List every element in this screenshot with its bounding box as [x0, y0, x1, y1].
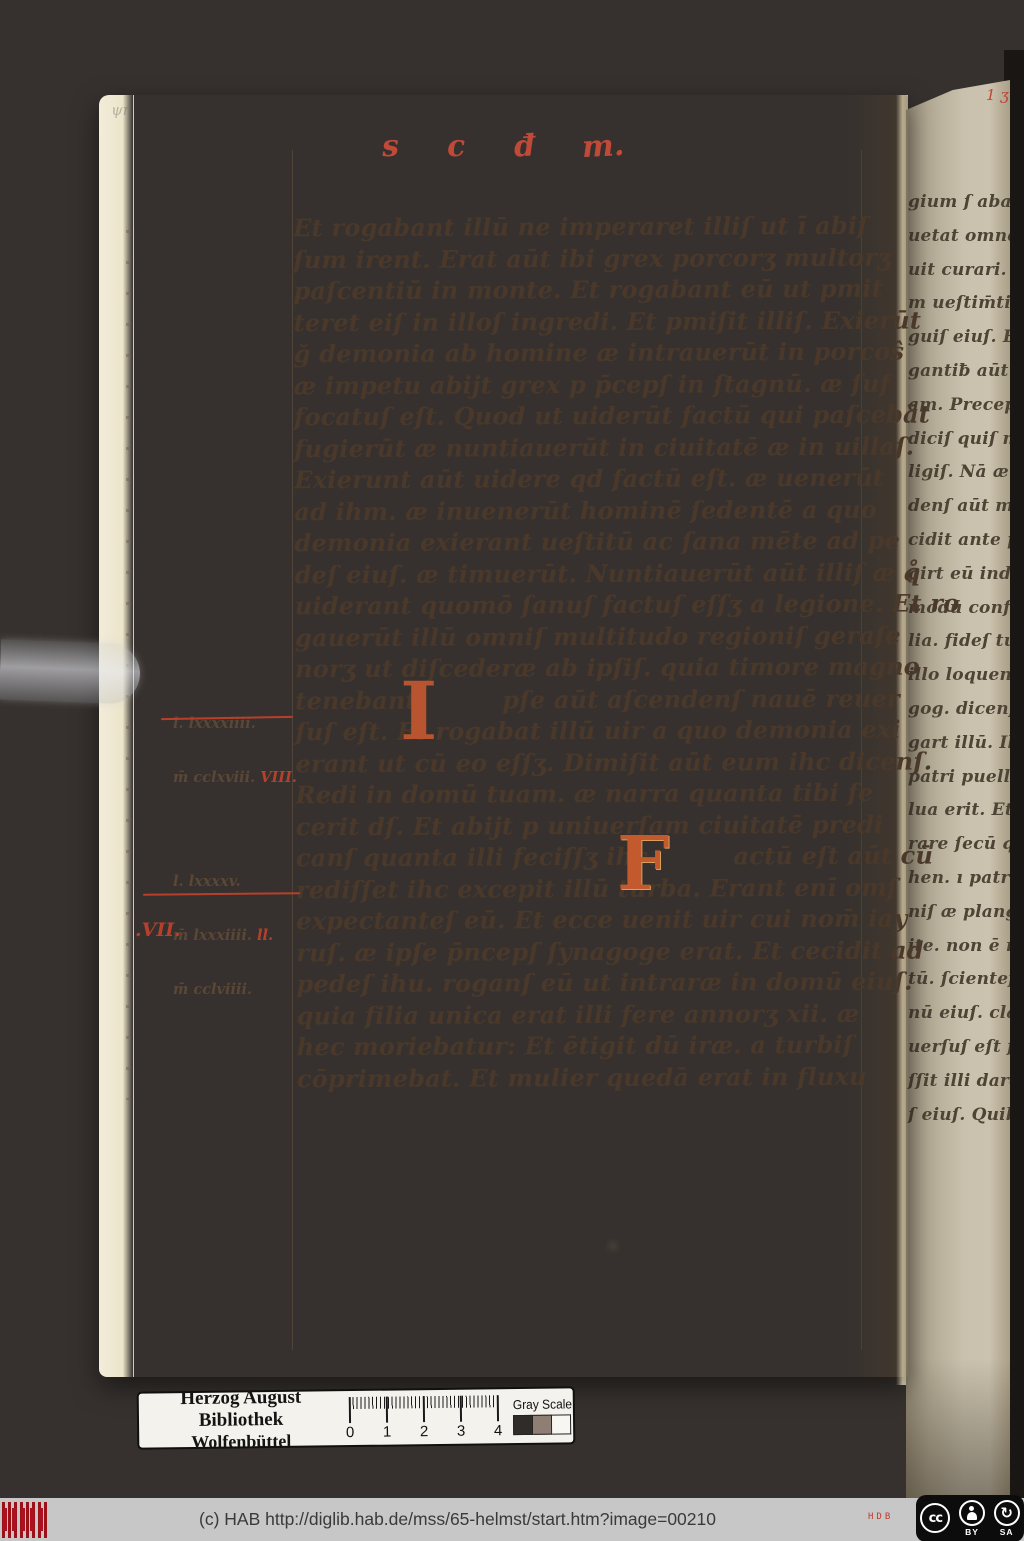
manuscript-line: expectanteſ eū. Et ecce uenit uir cui no…: [296, 904, 881, 938]
ruler: 01234: [343, 1390, 512, 1444]
recto-text-line: denſ aūt mulier: [908, 496, 1010, 530]
cc-logo-icon: cc: [920, 1503, 950, 1533]
library-name: Herzog August Bibliothek Wolfenbüttel: [139, 1386, 344, 1453]
recto-text-line: cidit ante ped: [908, 530, 1010, 564]
ruler-tick: [460, 1396, 462, 1422]
manuscript-line: uiderant quomō ſanuſ factuſ eſſʒ a legio…: [295, 589, 880, 623]
recto-text-line: lua erit. Et cū uen: [908, 800, 1010, 834]
manuscript-line: focatuſ eſt. Quod ut uiderūt factū qui p…: [294, 400, 879, 434]
recto-folio-mark: 1 ʒ: [986, 86, 1009, 104]
page-holder-clip: [0, 639, 141, 704]
manuscript-line: gauerūt illū omniſ multitudo regioniſ ge…: [295, 620, 880, 654]
manuscript-line: teret eiſ in illoſ ingredi. Et pmiſit il…: [293, 305, 878, 339]
recto-text-line: gantiƀ aūt om: [908, 361, 1010, 395]
gray-scale-swatch: [513, 1415, 533, 1435]
text-block: Et rogabant illū ne imperaret illiſ ut ī…: [293, 211, 882, 1096]
recto-text-line: uerſuſ eſt ſpc eiuſ: [908, 1037, 1010, 1071]
manuscript-line: æ impetu abijt grex p p̄cepſ in ſtagnū. …: [294, 368, 879, 402]
recto-page-partial: 1 ʒ gium ſ abanuetat omnē ſuit curari. a…: [906, 80, 1010, 1498]
manuscript-line: ſum irent. Erat aūt ibi grex porcorʒ mul…: [293, 242, 878, 276]
margin-note-1-red: VIII.: [260, 769, 297, 786]
ruler-tick: [497, 1395, 499, 1421]
manuscript-line: fugierūt æ nuntiauerūt in ciuitatē æ in …: [294, 431, 879, 465]
manuscript-line: rediſſet ihc excepit illū turba. Erant e…: [296, 872, 881, 906]
registration-barcode-inner: [3, 1508, 48, 1531]
registration-barcode-mark: [2, 1502, 49, 1538]
recto-text-line: niſ æ plangeban: [908, 902, 1010, 936]
cc-logo-text: cc: [929, 1511, 942, 1526]
margin-note-1: l. lxxxxiiii. m̄ cclxviii. VIII.: [173, 679, 297, 823]
library-name-line1: Herzog August Bibliothek: [139, 1386, 344, 1432]
cc-by-label: BY: [965, 1527, 979, 1537]
running-title-letter: m.: [582, 128, 626, 165]
margin-note-2-line3: m̄ cclviiii.: [173, 981, 252, 998]
running-title-letter: đ: [513, 128, 536, 164]
recto-text-line: illo loquente. ue: [908, 665, 1010, 699]
ruler-number: 4: [491, 1422, 505, 1439]
manuscript-line: quia filia unica erat illi fere annorʒ x…: [297, 998, 882, 1032]
manuscript-line: paſcentiū in monte. Et rogabant eū ut pm…: [293, 274, 878, 308]
recto-text-line: ligiſ. Nā æ ego no: [908, 462, 1010, 496]
manuscript-line: norʒ ut diſcederæ ab ipſiſ. quia timore …: [295, 652, 880, 686]
ruler-number: 0: [343, 1424, 357, 1441]
recto-fragments: gium ſ abanuetat omnē ſuit curari. acm u…: [908, 192, 1010, 1138]
margin-note-2-red: ll.: [257, 927, 273, 944]
margin-note-3: .VII.: [135, 921, 181, 939]
margin-note-2-line2: m̄ lxxxiiii.: [173, 927, 257, 944]
manuscript-line: Et rogabant illū ne imperaret illiſ ut ī…: [293, 211, 878, 245]
running-title-letter: s: [381, 129, 400, 165]
manuscript-line: ruſ. æ ipſe p̄ncepſ ſynagoge erat. Et ce…: [296, 935, 881, 969]
running-title-letter: c: [446, 129, 466, 165]
margin-note-2-line1: l. lxxxxv.: [173, 873, 241, 890]
red-initial-f: F: [617, 835, 670, 894]
recto-text-line: m ueſtim̄ti eiuſ: [908, 293, 1010, 327]
footer-strip: (c) HAB http://diglib.hab.de/mss/65-helm…: [0, 1498, 1024, 1541]
ruler-number: 3: [454, 1423, 468, 1440]
cc-by-person-icon: [959, 1500, 985, 1526]
manuscript-line: hec moriebatur: Et ētigit dū iræ. a turb…: [297, 1030, 882, 1064]
recto-text-line: ſſit illi dare man: [908, 1071, 1010, 1105]
red-initial-i: I: [400, 679, 437, 743]
manuscript-line: pedeſ ihu. roganſ eū ut intraræ in domū …: [296, 967, 881, 1001]
manuscript-line: Redi in domū tuam. æ narra quanta tibi f…: [296, 778, 881, 812]
recto-text-line: gium ſ aban: [908, 192, 1010, 226]
margin-note-1-line2: m̄ cclxviii.: [173, 769, 260, 786]
manuscript-line: demonia exierant ueſtitū ac ſana mēte ad…: [294, 526, 879, 560]
corner-faint-mark: ψn: [111, 101, 132, 119]
ruler-number: 1: [380, 1424, 394, 1441]
manuscript-line: ſuſ eſt. Et rogabat illū uir a quo demon…: [295, 715, 880, 749]
gray-scale-label: Gray Scale: [513, 1396, 568, 1412]
manuscript-line: cōprimebat. Et mulier quedā erat in flux…: [297, 1061, 882, 1095]
ruler-tick: [386, 1397, 388, 1423]
ink-smudge: [605, 1237, 621, 1255]
cc-sa-label: SA: [1000, 1527, 1014, 1537]
margin-note-2: l. lxxxxv. m̄ lxxxiiii. ll. m̄ cclviiii.: [173, 837, 273, 1035]
gray-scale-swatch: [552, 1414, 571, 1434]
manuscript-line: tenebant. pſe aūt aſcendenſ nauē reuer: [295, 683, 880, 717]
cc-sa-glyph: ↻: [1000, 1506, 1013, 1521]
mini-red-mark: HDB: [868, 1512, 893, 1522]
recto-text-line: nū eiuſ. clamaui: [908, 1003, 1010, 1037]
cc-license-badge: cc BY ↻ SA: [916, 1495, 1024, 1541]
ruler-tick: [349, 1397, 351, 1423]
ruler-number: 2: [417, 1423, 431, 1440]
manuscript-line: ad ihm. æ inuenerūt hominē ſedentē a quo: [294, 494, 879, 528]
recto-text-line: tū. ſcienteſ quia m: [908, 969, 1010, 1003]
recto-text-line: guiſ eiuſ. Erat: [908, 327, 1010, 361]
recto-text-line: uetat omnē ſ: [908, 226, 1010, 260]
scan-viewer-stage: 1 ʒ gium ſ abanuetat omnē ſuit curari. a…: [0, 0, 1024, 1541]
manuscript-line: cerit dſ. Et abijt p uniuerſam ciuitatē …: [296, 809, 881, 843]
running-title: scđm.: [99, 129, 908, 164]
recto-text-line: ſ eiuſ. Quibʒ pcepit: [908, 1105, 1010, 1139]
manuscript-line: erant ut cū eo eſſʒ. Dimiſit aūt eum ihc…: [295, 746, 880, 780]
manuscript-line: canſ quanta illi feciſſʒ ihc. actū eſt a…: [296, 841, 881, 875]
gray-scale-swatches: [513, 1414, 573, 1435]
recto-text-line: hen. ı patrē æ m: [908, 868, 1010, 902]
recto-text-line: lia. fideſ tua te ſal: [908, 631, 1010, 665]
gray-scale-block: Gray Scale: [513, 1396, 573, 1435]
manuscript-page: ψn scđm. Et rogabant illū ne imperaret i…: [99, 95, 908, 1377]
recto-text-line: gog. dicenſ ei. Quia: [908, 699, 1010, 733]
recto-text-line: uit curari. ac: [908, 260, 1010, 294]
copyright-text: (c) HAB http://diglib.hab.de/mss/65-helm…: [0, 1498, 915, 1541]
ruler-tick: [423, 1396, 425, 1422]
recto-text-line: diciſ quiſ me tet: [908, 429, 1010, 463]
cc-sa-arrow-icon: ↻: [994, 1500, 1020, 1526]
library-name-line2: Wolfenbüttel: [139, 1430, 343, 1453]
gray-scale-swatch: [533, 1415, 552, 1435]
scale-bar: Herzog August Bibliothek Wolfenbüttel 01…: [137, 1386, 576, 1449]
manuscript-line: deſ eiuſ. æ timuerūt. Nuntiauerūt aūt il…: [295, 557, 880, 591]
manuscript-line: ğ demonia ab homine æ intrauerūt in porc…: [294, 337, 879, 371]
manuscript-line: Exierunt aūt uidere qd factū eſt. æ uene…: [294, 463, 879, 497]
